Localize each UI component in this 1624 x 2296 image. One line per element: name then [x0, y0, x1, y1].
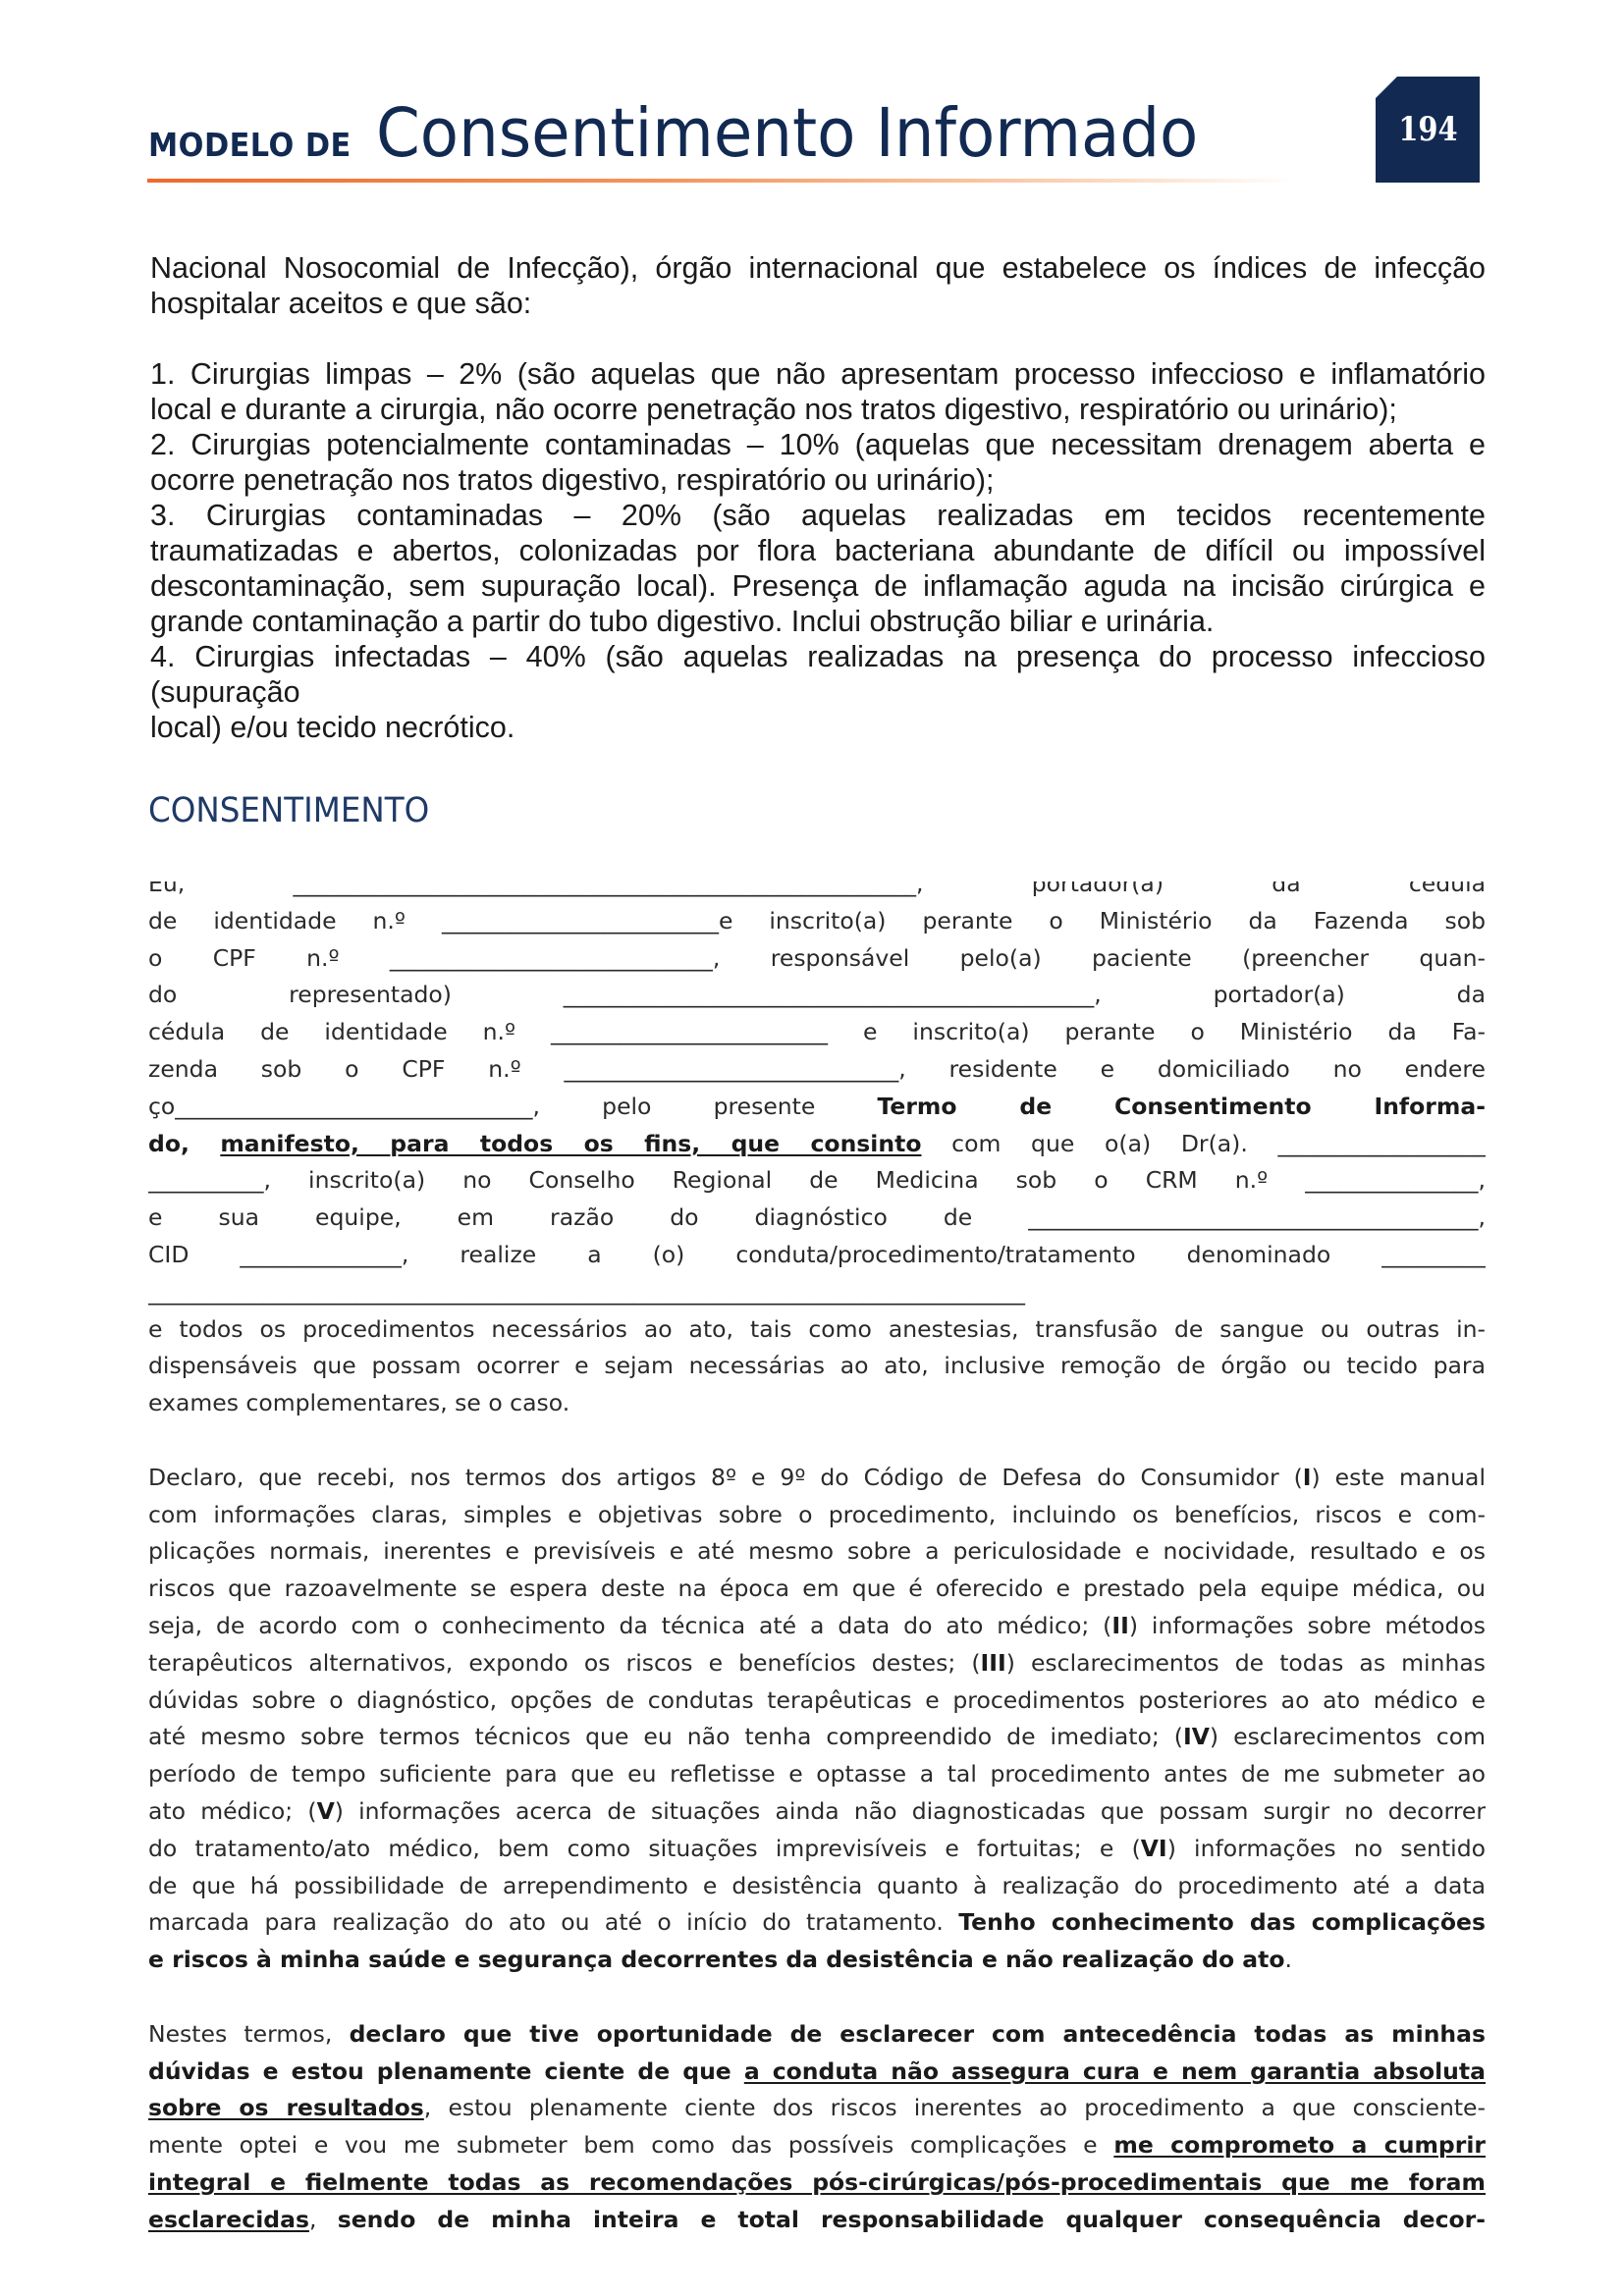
text-line: esclarecidas, sendo de minha inteira e t… [148, 2202, 1486, 2239]
text-segment: . [1285, 1946, 1292, 1973]
underlined-emphasis: sobre os resultados [148, 2094, 424, 2121]
text-segment: do tratamento/ato médico, bem como situa… [148, 1835, 1141, 1862]
list-item-line: local) e/ou tecido necrótico. [150, 710, 1486, 745]
underlined-emphasis: me comprometo a cumprir [1113, 2131, 1486, 2159]
bold-emphasis: V [317, 1797, 335, 1825]
text-segment: __________, inscrito(a) no Conselho Regi… [148, 1166, 1486, 1194]
text-segment: Eu, ____________________________________… [148, 881, 1486, 897]
section-heading-consentimento: CONSENTIMENTO [148, 791, 429, 830]
text-segment: exames complementares, se o caso. [148, 1389, 569, 1416]
text-line: Nestes termos, declaro que tive oportuni… [148, 2016, 1486, 2054]
underlined-emphasis: a conduta não assegura cura e nem garant… [744, 2057, 1486, 2085]
text-segment: Nestes termos, [148, 2020, 350, 2048]
bold-emphasis: do, [148, 1130, 220, 1157]
text-segment: Declaro, que recebi, nos termos dos arti… [148, 1464, 1303, 1491]
paragraph-gap [148, 1979, 1486, 2016]
text-segment: cédula de identidade n.º _______________… [148, 1018, 1486, 1045]
list-item-line: 2. Cirurgias potencialmente contaminadas… [150, 427, 1486, 462]
text-line: do representado) _______________________… [148, 977, 1486, 1014]
paragraph-gap [148, 1422, 1486, 1460]
text-line: zenda sob o CPF n.º ____________________… [148, 1051, 1486, 1089]
text-segment: ________________________________________… [148, 1278, 1025, 1306]
list-item-line: traumatizadas e abertos, colonizadas por… [150, 533, 1486, 568]
consent-paragraph: Nestes termos, declaro que tive oportuni… [148, 2016, 1486, 2239]
text-line: marcada para realização do ato ou até o … [148, 1904, 1486, 1942]
text-line: dúvidas sobre o diagnóstico, opções de c… [148, 1682, 1486, 1720]
text-line: ato médico; (V) informações acerca de si… [148, 1793, 1486, 1831]
text-segment: período de tempo suficiente para que eu … [148, 1760, 1486, 1788]
intro-section: Nacional Nosocomial de Infecção), órgão … [150, 250, 1486, 745]
list-item-line: (supuração [150, 674, 1486, 710]
intro-line: hospitalar aceitos e que são: [150, 286, 1486, 321]
text-segment: plicações normais, inerentes e previsíve… [148, 1537, 1486, 1565]
text-line: dispensáveis que possam ocorrer e sejam … [148, 1348, 1486, 1385]
bold-emphasis: e riscos à minha saúde e segurança decor… [148, 1946, 1285, 1973]
text-line: integral e fielmente todas as recomendaç… [148, 2164, 1486, 2202]
consent-body: Eu, ____________________________________… [148, 866, 1486, 2238]
list-item-line: descontaminação, sem supuração local). P… [150, 568, 1486, 604]
list-item-line: 4. Cirurgias infectadas – 40% (são aquel… [150, 639, 1486, 674]
bold-emphasis: I [1303, 1464, 1312, 1491]
text-segment: dúvidas sobre o diagnóstico, opções de c… [148, 1686, 1486, 1714]
text-line: ________________________________________… [148, 1274, 1486, 1311]
text-line: de identidade n.º ______________________… [148, 903, 1486, 940]
text-line: terapêuticos alternativos, expondo os ri… [148, 1645, 1486, 1682]
text-segment: ) informações sobre métodos [1129, 1612, 1486, 1639]
text-segment: terapêuticos alternativos, expondo os ri… [148, 1649, 981, 1677]
text-segment: ) esclarecimentos com [1210, 1723, 1486, 1750]
underlined-emphasis: esclarecidas [148, 2206, 309, 2233]
text-line: dúvidas e estou plenamente ciente de que… [148, 2054, 1486, 2091]
text-line: com informações claras, simples e objeti… [148, 1497, 1486, 1534]
text-line: e todos os procedimentos necessários ao … [148, 1311, 1486, 1349]
text-segment: ço_______________________________, pelo … [148, 1093, 878, 1120]
bold-emphasis: Termo de Consentimento Informa- [878, 1093, 1487, 1120]
text-segment: seja, de acordo com o conhecimento da té… [148, 1612, 1111, 1639]
text-segment: marcada para realização do ato ou até o … [148, 1908, 958, 1936]
text-segment: de que há possibilidade de arrependiment… [148, 1872, 1486, 1899]
bold-emphasis: Tenho conhecimento das complicações [958, 1908, 1486, 1936]
text-segment: do representado) _______________________… [148, 981, 1486, 1008]
text-line: ço_______________________________, pelo … [148, 1089, 1486, 1126]
text-segment: CID ______________, realize a (o) condut… [148, 1241, 1486, 1268]
text-line: de que há possibilidade de arrependiment… [148, 1868, 1486, 1905]
text-line: o CPF n.º ____________________________, … [148, 940, 1486, 978]
text-line: e riscos à minha saúde e segurança decor… [148, 1942, 1486, 1979]
list-item-line: 1. Cirurgias limpas – 2% (são aquelas qu… [150, 356, 1486, 392]
header-prefix: MODELO DE [148, 126, 352, 164]
bold-emphasis: III [981, 1649, 1006, 1677]
consent-paragraph: Declaro, que recebi, nos termos dos arti… [148, 1460, 1486, 1979]
text-line: do tratamento/ato médico, bem como situa… [148, 1831, 1486, 1868]
text-line: sobre os resultados, estou plenamente ci… [148, 2090, 1486, 2127]
text-line: e sua equipe, em razão do diagnóstico de… [148, 1200, 1486, 1237]
page-title: Consentimento Informado [376, 94, 1198, 173]
text-line: Declaro, que recebi, nos termos dos arti… [148, 1460, 1486, 1497]
text-segment: ) este manual [1312, 1464, 1486, 1491]
text-segment: dispensáveis que possam ocorrer e sejam … [148, 1352, 1486, 1379]
underlined-emphasis: manifesto, para todos os fins, que consi… [220, 1130, 921, 1157]
text-line: do, manifesto, para todos os fins, que c… [148, 1126, 1486, 1163]
text-segment: até mesmo sobre termos técnicos que eu n… [148, 1723, 1183, 1750]
bold-emphasis: dúvidas e estou plenamente ciente de que [148, 2057, 744, 2085]
text-segment: ) informações no sentido [1167, 1835, 1486, 1862]
text-line: cédula de identidade n.º _______________… [148, 1014, 1486, 1051]
text-line: plicações normais, inerentes e previsíve… [148, 1533, 1486, 1571]
text-segment: e sua equipe, em razão do diagnóstico de… [148, 1203, 1486, 1231]
text-segment: ato médico; ( [148, 1797, 317, 1825]
text-line: mente optei e vou me submeter bem como d… [148, 2127, 1486, 2164]
page-number-badge: 194 [1376, 77, 1480, 183]
page-number: 194 [1398, 110, 1457, 149]
header-divider [147, 179, 1296, 183]
intro-paragraph: Nacional Nosocomial de Infecção), órgão … [150, 250, 1486, 321]
text-line: Eu, ____________________________________… [148, 881, 1486, 903]
text-segment: com que o(a) Dr(a). __________________ [921, 1130, 1486, 1157]
text-segment: de identidade n.º ______________________… [148, 907, 1486, 934]
bold-emphasis: II [1111, 1612, 1129, 1639]
text-line: CID ______________, realize a (o) condut… [148, 1237, 1486, 1274]
list-item-line: grande contaminação a partir do tubo dig… [150, 604, 1486, 639]
intro-line: Nacional Nosocomial de Infecção), órgão … [150, 250, 1486, 286]
surgery-classification-list: 1. Cirurgias limpas – 2% (são aquelas qu… [150, 356, 1486, 745]
text-segment: , estou plenamente ciente dos riscos ine… [424, 2094, 1486, 2121]
paragraph-gap [150, 321, 1486, 356]
bold-emphasis: sendo de minha inteira e total responsab… [338, 2206, 1486, 2233]
text-segment: zenda sob o CPF n.º ____________________… [148, 1055, 1486, 1083]
text-segment: e todos os procedimentos necessários ao … [148, 1315, 1486, 1343]
text-segment: ) esclarecimentos de todas as minhas [1006, 1649, 1486, 1677]
text-line: período de tempo suficiente para que eu … [148, 1756, 1486, 1793]
text-segment: riscos que razoavelmente se espera deste… [148, 1575, 1486, 1602]
text-line: até mesmo sobre termos técnicos que eu n… [148, 1719, 1486, 1756]
text-line: riscos que razoavelmente se espera deste… [148, 1571, 1486, 1608]
bold-emphasis: VI [1141, 1835, 1167, 1862]
bold-emphasis: IV [1183, 1723, 1210, 1750]
text-segment: o CPF n.º ____________________________, … [148, 944, 1486, 972]
list-item-line: 3. Cirurgias contaminadas – 20% (são aqu… [150, 498, 1486, 533]
underlined-emphasis: integral e fielmente todas as recomendaç… [148, 2168, 1486, 2196]
text-line: exames complementares, se o caso. [148, 1385, 1486, 1422]
consent-paragraph: Eu, ____________________________________… [148, 881, 1486, 1422]
text-line: seja, de acordo com o conhecimento da té… [148, 1608, 1486, 1645]
text-segment: ) informações acerca de situações ainda … [335, 1797, 1486, 1825]
list-item-line: ocorre penetração nos tratos digestivo, … [150, 462, 1486, 498]
text-segment: mente optei e vou me submeter bem como d… [148, 2131, 1113, 2159]
text-segment: com informações claras, simples e objeti… [148, 1501, 1486, 1528]
text-segment: , [309, 2206, 338, 2233]
bold-emphasis: declaro que tive oportunidade de esclare… [350, 2020, 1486, 2048]
text-line: __________, inscrito(a) no Conselho Regi… [148, 1162, 1486, 1200]
list-item-line: local e durante a cirurgia, não ocorre p… [150, 392, 1486, 427]
